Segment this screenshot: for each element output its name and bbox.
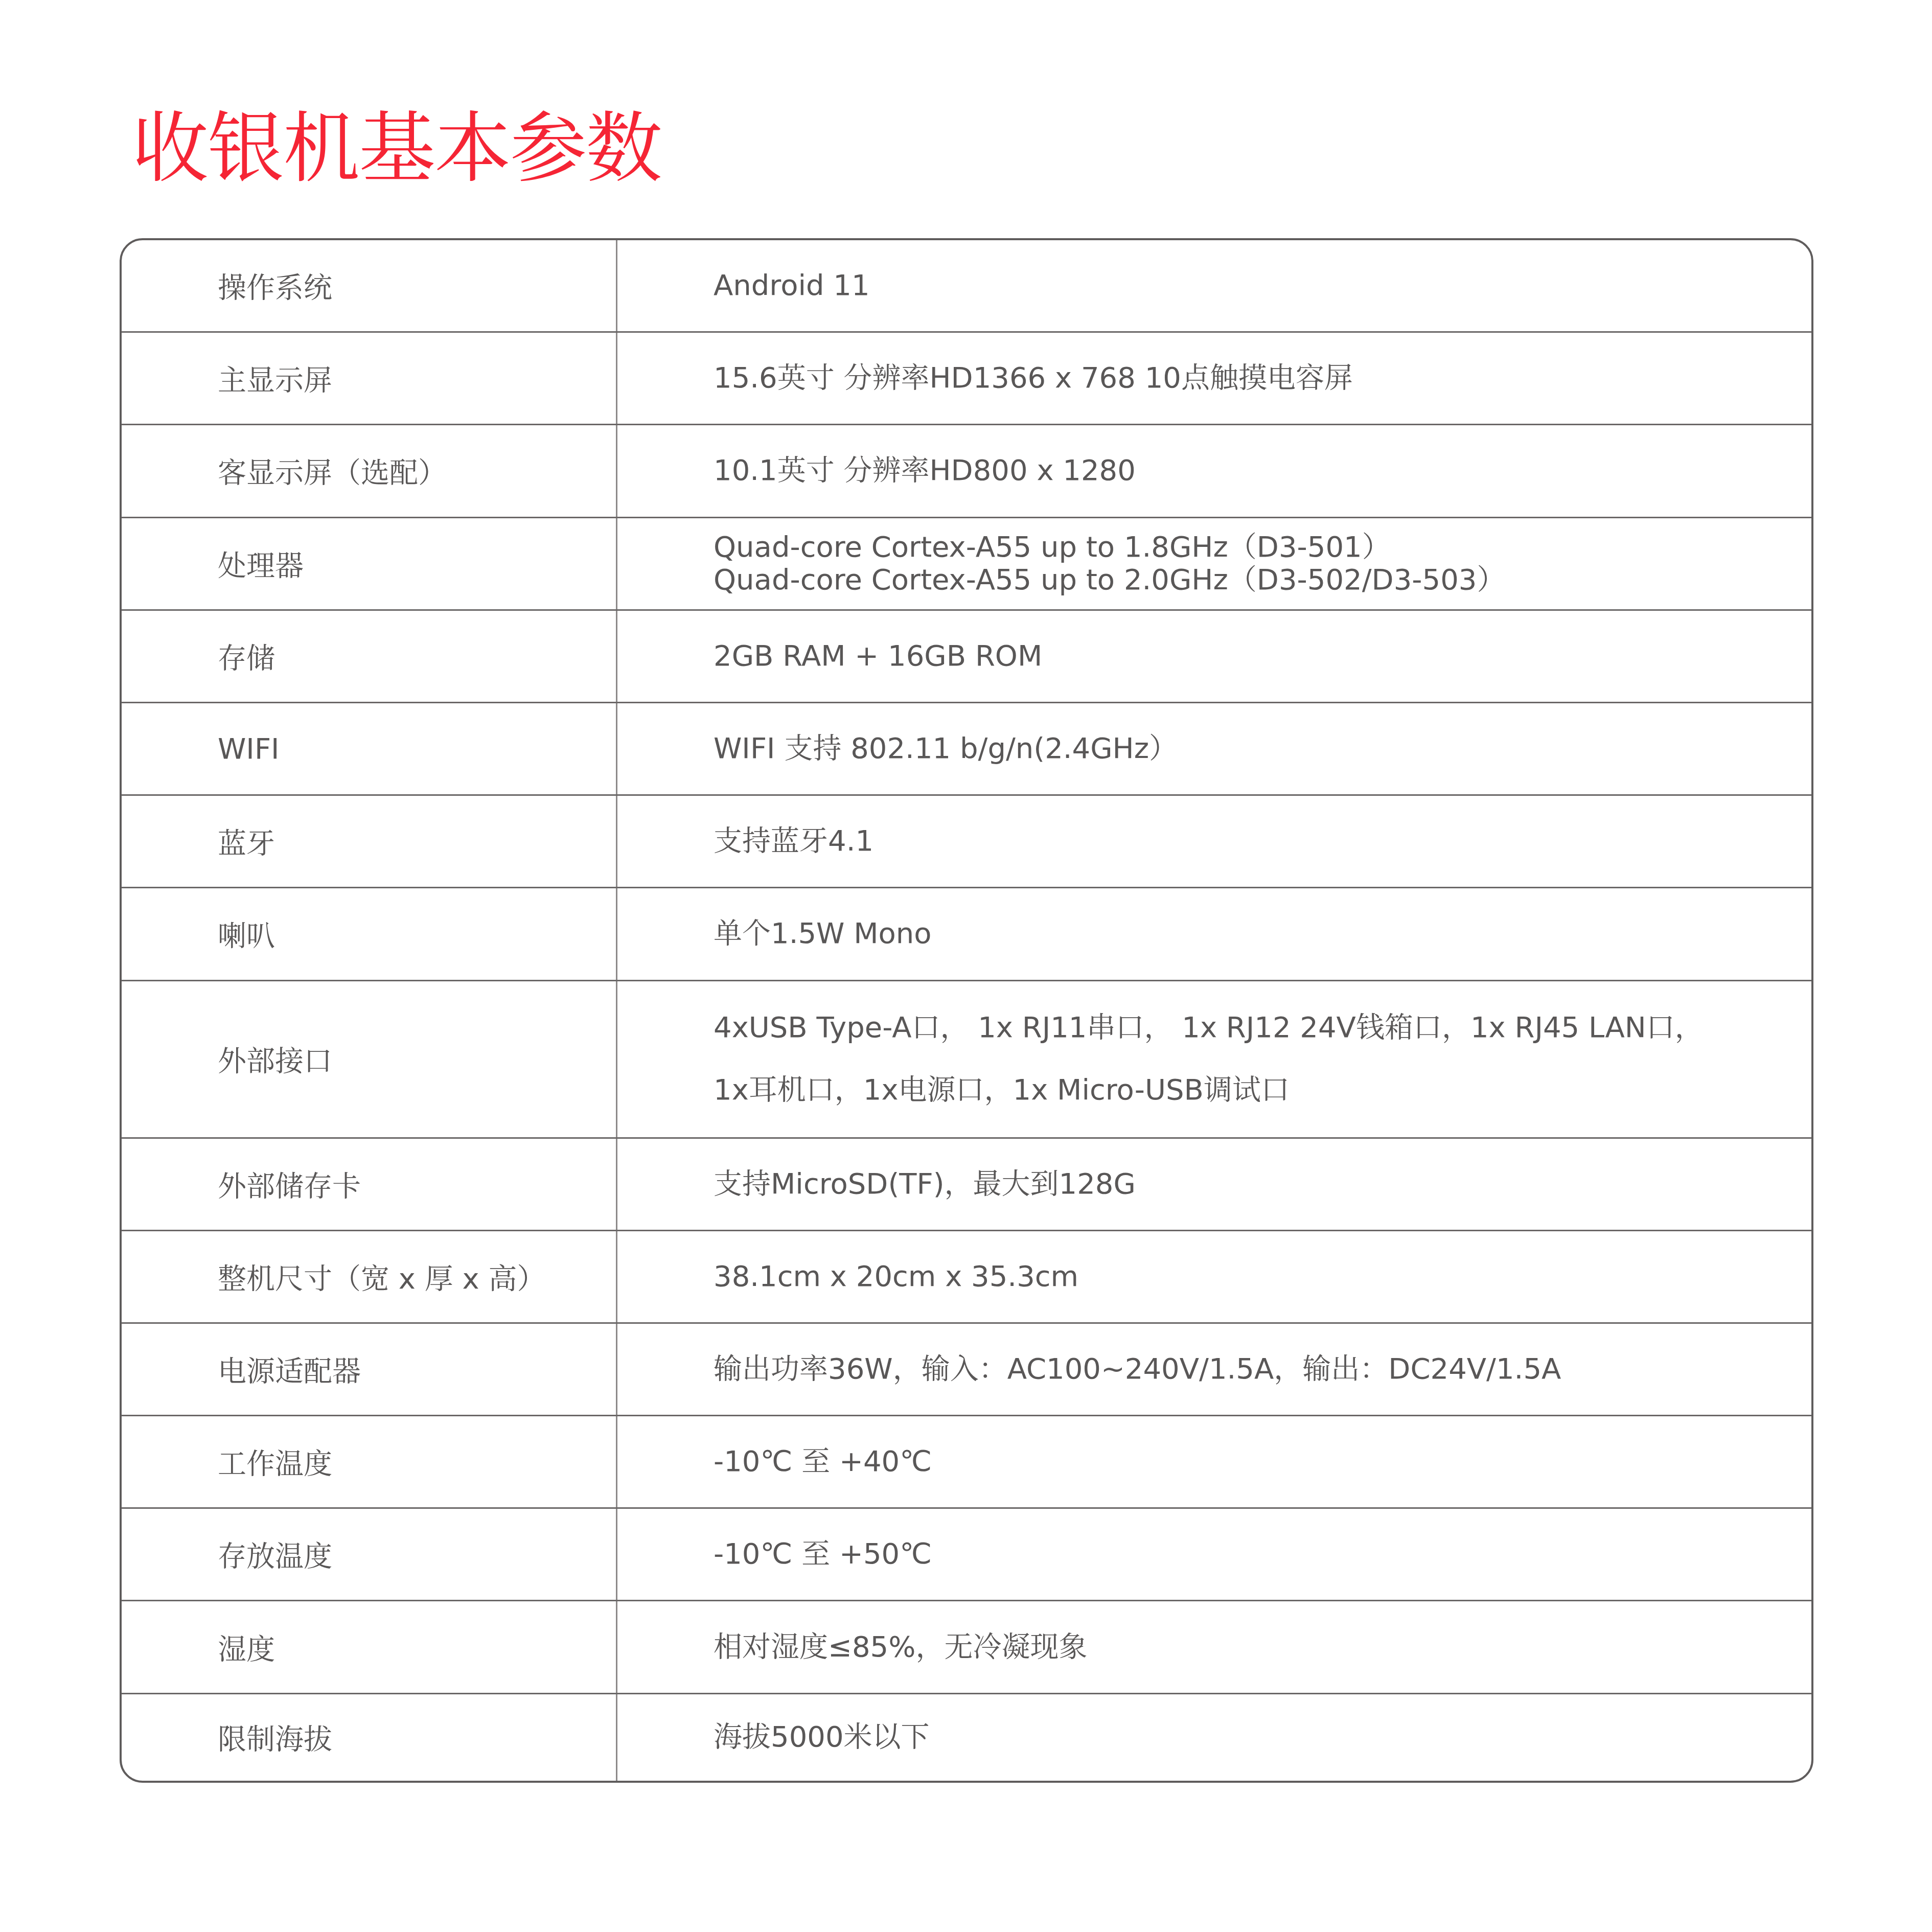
spec-label: 电源适配器 bbox=[122, 1324, 617, 1415]
spec-value: 4xUSB Type-A口， 1x RJ11串口， 1x RJ12 24V钱箱口… bbox=[617, 981, 1811, 1137]
spec-value-line: 2GB RAM + 16GB ROM bbox=[714, 640, 1781, 673]
spec-row-external-storage-card: 外部储存卡 支持MicroSD(TF)，最大到128G bbox=[122, 1139, 1811, 1231]
spec-label: 外部储存卡 bbox=[122, 1139, 617, 1230]
spec-label: 客显示屏（选配） bbox=[122, 425, 617, 516]
spec-value: 相对湿度≤85%，无冷凝现象 bbox=[617, 1601, 1811, 1692]
spec-value: 输出功率36W，输入：AC100~240V/1.5A，输出：DC24V/1.5A bbox=[617, 1324, 1811, 1415]
spec-label: WIFI bbox=[122, 703, 617, 794]
spec-row-power-adapter: 电源适配器 输出功率36W，输入：AC100~240V/1.5A，输出：DC24… bbox=[122, 1324, 1811, 1416]
spec-row-speaker: 喇叭 单个1.5W Mono bbox=[122, 888, 1811, 981]
spec-label: 处理器 bbox=[122, 518, 617, 609]
spec-label: 存放温度 bbox=[122, 1509, 617, 1600]
spec-value-line: 支持蓝牙4.1 bbox=[714, 825, 1781, 858]
spec-row-os: 操作系统 Android 11 bbox=[122, 240, 1811, 333]
spec-table: 操作系统 Android 11 主显示屏 15.6英寸 分辨率HD1366 x … bbox=[120, 238, 1813, 1783]
spec-row-storage: 存储 2GB RAM + 16GB ROM bbox=[122, 611, 1811, 703]
spec-value-line: 38.1cm x 20cm x 35.3cm bbox=[714, 1260, 1781, 1293]
spec-row-wifi: WIFI WIFI 支持 802.11 b/g/n(2.4GHz） bbox=[122, 703, 1811, 796]
spec-value: Android 11 bbox=[617, 240, 1811, 331]
spec-value: 38.1cm x 20cm x 35.3cm bbox=[617, 1231, 1811, 1322]
spec-label: 湿度 bbox=[122, 1601, 617, 1692]
spec-label: 喇叭 bbox=[122, 888, 617, 979]
spec-value: 支持MicroSD(TF)，最大到128G bbox=[617, 1139, 1811, 1230]
spec-value-line: WIFI 支持 802.11 b/g/n(2.4GHz） bbox=[714, 732, 1781, 765]
spec-value-line: 输出功率36W，输入：AC100~240V/1.5A，输出：DC24V/1.5A bbox=[714, 1353, 1781, 1386]
spec-value: -10℃ 至 +40℃ bbox=[617, 1416, 1811, 1507]
spec-row-humidity: 湿度 相对湿度≤85%，无冷凝现象 bbox=[122, 1601, 1811, 1694]
spec-value-line: -10℃ 至 +40℃ bbox=[714, 1445, 1781, 1478]
spec-row-external-ports: 外部接口 4xUSB Type-A口， 1x RJ11串口， 1x RJ12 2… bbox=[122, 981, 1811, 1139]
spec-row-storage-temperature: 存放温度 -10℃ 至 +50℃ bbox=[122, 1509, 1811, 1601]
spec-value: WIFI 支持 802.11 b/g/n(2.4GHz） bbox=[617, 703, 1811, 794]
spec-value-line: 单个1.5W Mono bbox=[714, 917, 1781, 950]
spec-value-line: 4xUSB Type-A口， 1x RJ11串口， 1x RJ12 24V钱箱口… bbox=[714, 997, 1781, 1059]
spec-value: 单个1.5W Mono bbox=[617, 888, 1811, 979]
spec-value-line: 支持MicroSD(TF)，最大到128G bbox=[714, 1168, 1781, 1201]
spec-row-dimensions: 整机尺寸（宽 x 厚 x 高） 38.1cm x 20cm x 35.3cm bbox=[122, 1231, 1811, 1324]
spec-value: 2GB RAM + 16GB ROM bbox=[617, 611, 1811, 702]
spec-row-bluetooth: 蓝牙 支持蓝牙4.1 bbox=[122, 796, 1811, 888]
spec-value-line: Android 11 bbox=[714, 269, 1781, 302]
spec-value-line: 1x耳机口，1x电源口，1x Micro-USB调试口 bbox=[714, 1059, 1781, 1121]
spec-label: 主显示屏 bbox=[122, 333, 617, 424]
spec-value-line: 海拔5000米以下 bbox=[714, 1721, 1781, 1754]
spec-value-line: 相对湿度≤85%，无冷凝现象 bbox=[714, 1631, 1781, 1664]
spec-value: 海拔5000米以下 bbox=[617, 1694, 1811, 1781]
spec-label: 蓝牙 bbox=[122, 796, 617, 887]
spec-value: 支持蓝牙4.1 bbox=[617, 796, 1811, 887]
spec-row-processor: 处理器 Quad-core Cortex-A55 up to 1.8GHz（D3… bbox=[122, 518, 1811, 611]
spec-label: 整机尺寸（宽 x 厚 x 高） bbox=[122, 1231, 617, 1322]
spec-value-line: -10℃ 至 +50℃ bbox=[714, 1538, 1781, 1571]
spec-value-line: Quad-core Cortex-A55 up to 2.0GHz（D3-502… bbox=[714, 564, 1781, 596]
spec-value-line: 15.6英寸 分辨率HD1366 x 768 10点触摸电容屏 bbox=[714, 362, 1781, 395]
spec-label: 工作温度 bbox=[122, 1416, 617, 1507]
spec-value: 15.6英寸 分辨率HD1366 x 768 10点触摸电容屏 bbox=[617, 333, 1811, 424]
spec-value: -10℃ 至 +50℃ bbox=[617, 1509, 1811, 1600]
spec-row-operating-temperature: 工作温度 -10℃ 至 +40℃ bbox=[122, 1416, 1811, 1509]
spec-row-customer-display: 客显示屏（选配） 10.1英寸 分辨率HD800 x 1280 bbox=[122, 425, 1811, 518]
spec-value: Quad-core Cortex-A55 up to 1.8GHz（D3-501… bbox=[617, 518, 1811, 609]
spec-value-line: 10.1英寸 分辨率HD800 x 1280 bbox=[714, 454, 1781, 487]
spec-row-altitude-limit: 限制海拔 海拔5000米以下 bbox=[122, 1694, 1811, 1781]
spec-value: 10.1英寸 分辨率HD800 x 1280 bbox=[617, 425, 1811, 516]
spec-label: 存储 bbox=[122, 611, 617, 702]
spec-row-main-display: 主显示屏 15.6英寸 分辨率HD1366 x 768 10点触摸电容屏 bbox=[122, 333, 1811, 425]
page-title: 收银机基本参数 bbox=[132, 100, 661, 197]
spec-label: 限制海拔 bbox=[122, 1694, 617, 1781]
spec-value-line: Quad-core Cortex-A55 up to 1.8GHz（D3-501… bbox=[714, 531, 1781, 564]
spec-label: 操作系统 bbox=[122, 240, 617, 331]
spec-label: 外部接口 bbox=[122, 981, 617, 1137]
